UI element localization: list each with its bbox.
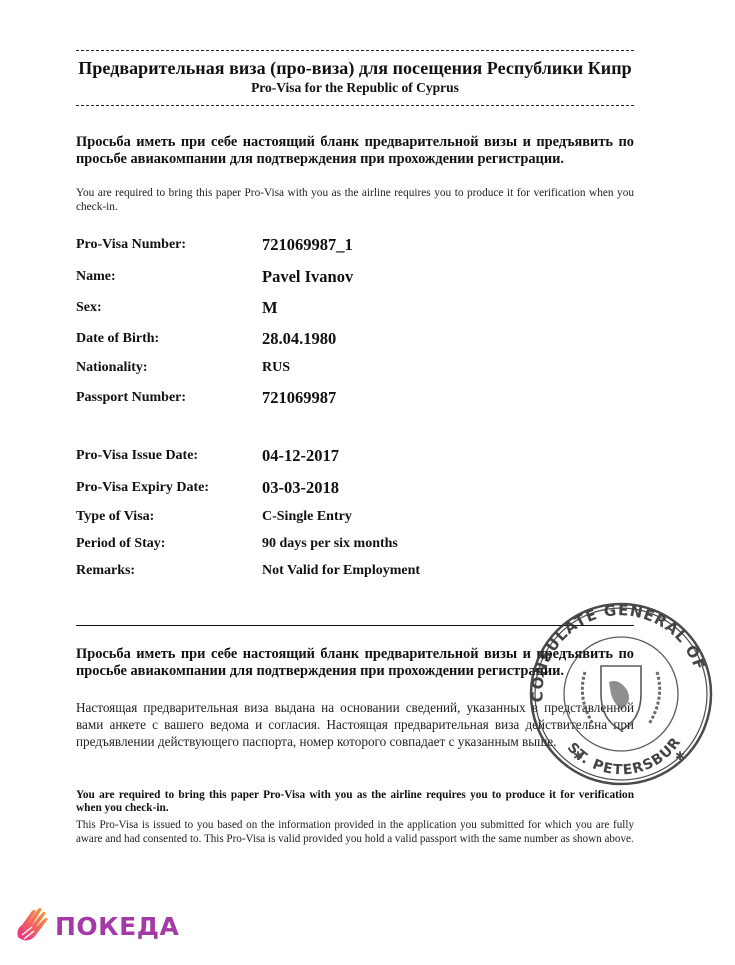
field-value: 28.04.1980	[262, 329, 336, 349]
field-value: 03-03-2018	[262, 478, 339, 498]
field-period-of-stay: Period of Stay: 90 days per six months	[76, 534, 636, 554]
svg-text:✱: ✱	[573, 749, 583, 763]
field-name: Name: Pavel Ivanov	[76, 267, 636, 287]
field-value: Pavel Ivanov	[262, 267, 353, 287]
top-dashed-separator	[76, 50, 634, 51]
field-label: Name:	[76, 269, 116, 285]
field-label: Period of Stay:	[76, 536, 165, 552]
pokeda-watermark-logo: ПОКЕДА	[14, 906, 179, 946]
field-label: Remarks:	[76, 563, 135, 579]
field-label: Date of Birth:	[76, 331, 159, 347]
field-label: Sex:	[76, 300, 102, 316]
field-value: M	[262, 298, 278, 318]
footer-notice-en-body: This Pro-Visa is issued to you based on …	[76, 818, 634, 846]
field-expiry-date: Pro-Visa Expiry Date: 03-03-2018	[76, 478, 636, 498]
field-value: 90 days per six months	[262, 536, 398, 552]
field-label: Pro-Visa Expiry Date:	[76, 480, 209, 496]
field-passport-number: Passport Number: 721069987	[76, 388, 636, 408]
svg-text:✱: ✱	[675, 749, 685, 763]
field-visa-type: Type of Visa: C-Single Entry	[76, 507, 636, 527]
field-value: 721069987_1	[262, 235, 353, 255]
field-label: Type of Visa:	[76, 509, 154, 525]
field-pro-visa-number: Pro-Visa Number: 721069987_1	[76, 235, 636, 255]
field-label: Pro-Visa Issue Date:	[76, 448, 198, 464]
field-value: 04-12-2017	[262, 446, 339, 466]
notice-en: You are required to bring this paper Pro…	[76, 186, 634, 214]
field-label: Nationality:	[76, 360, 148, 376]
field-value: RUS	[262, 360, 290, 376]
hands-icon	[14, 907, 50, 945]
consulate-stamp-icon: CONSULATE GENERAL OF THE REPUBLIC OF CYP…	[515, 598, 725, 788]
field-date-of-birth: Date of Birth: 28.04.1980	[76, 329, 636, 349]
field-value: C-Single Entry	[262, 509, 352, 525]
field-label: Pro-Visa Number:	[76, 237, 186, 253]
field-remarks: Remarks: Not Valid for Employment	[76, 561, 636, 581]
field-sex: Sex: M	[76, 298, 636, 318]
footer-notice-en-bold: You are required to bring this paper Pro…	[76, 789, 634, 815]
field-value: Not Valid for Employment	[262, 563, 420, 579]
document-title-en: Pro-Visa for the Republic of Cyprus	[76, 80, 634, 96]
field-issue-date: Pro-Visa Issue Date: 04-12-2017	[76, 446, 636, 466]
field-value: 721069987	[262, 388, 336, 408]
bottom-dashed-separator	[76, 105, 634, 106]
field-nationality: Nationality: RUS	[76, 358, 636, 378]
pokeda-brand-text: ПОКЕДА	[55, 912, 179, 941]
notice-ru: Просьба иметь при себе настоящий бланк п…	[76, 134, 634, 168]
field-label: Passport Number:	[76, 390, 186, 406]
document-title-ru: Предварительная виза (про-виза) для посе…	[76, 58, 634, 79]
